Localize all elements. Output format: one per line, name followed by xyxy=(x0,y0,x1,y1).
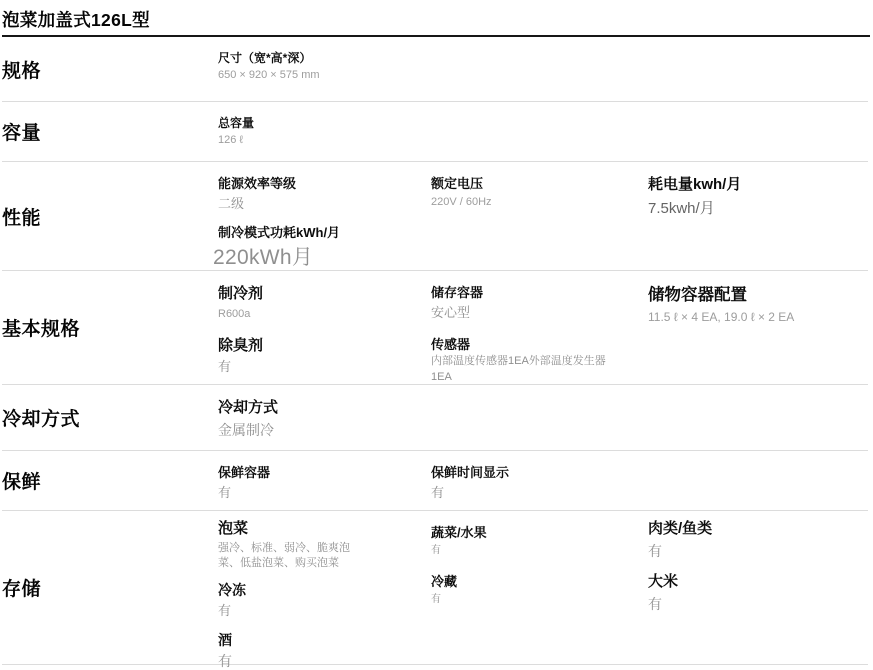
field-value: 二级 xyxy=(218,194,340,214)
field-label: 肉类/鱼类 xyxy=(648,518,712,541)
spec-field: 泡菜 强冷、标准、弱冷、脆爽泡菜、低盐泡菜、购买泡菜 xyxy=(218,518,350,571)
field-label: 耗电量kwh/月 xyxy=(648,174,741,197)
spec-page: 泡菜加盖式126L型 规格 尺寸（宽*高*深） 650 × 920 × 575 … xyxy=(0,0,873,670)
field-value: 11.5 ℓ × 4 EA, 19.0 ℓ × 2 EA xyxy=(648,308,794,327)
field-label: 能源效率等级 xyxy=(218,174,340,194)
spec-row-freshness: 保鲜 保鲜容器 有 保鲜时间显示 有 xyxy=(2,451,868,511)
category-label: 存储 xyxy=(2,511,218,664)
spec-field: 尺寸（宽*高*深） 650 × 920 × 575 mm xyxy=(218,49,320,84)
page-title: 泡菜加盖式126L型 xyxy=(2,7,870,32)
field-label: 冷却方式 xyxy=(218,397,278,420)
category-label: 容量 xyxy=(2,102,218,161)
spec-field: 冷藏 有 xyxy=(431,572,487,607)
field-label: 大米 xyxy=(648,571,712,594)
field-value: 内部温度传感器1EA外部温度发生器1EA xyxy=(431,354,623,385)
spec-field: 肉类/鱼类 有 xyxy=(648,518,712,562)
spec-field: 总容量 126 ℓ xyxy=(218,114,254,149)
field-value: 有 xyxy=(431,592,487,608)
field-label: 储物容器配置 xyxy=(648,283,794,308)
field-value: 有 xyxy=(431,543,487,559)
field-value: 有 xyxy=(648,594,712,616)
field-label: 储存容器 xyxy=(431,283,623,303)
field-value: 650 × 920 × 575 mm xyxy=(218,67,320,84)
field-label: 冷藏 xyxy=(431,572,487,592)
spec-field: 制冷模式功耗kWh/月 220kWh月 xyxy=(218,223,340,275)
spec-row-basic-specs: 基本规格 制冷剂 R600a 除臭剂 有 储存容器 安心型 传感器 xyxy=(2,271,868,385)
title-bar: 泡菜加盖式126L型 xyxy=(2,0,870,37)
field-label: 冷冻 xyxy=(218,580,350,601)
field-value: 金属制冷 xyxy=(218,420,278,442)
field-label: 总容量 xyxy=(218,114,254,132)
field-value: 安心型 xyxy=(431,303,623,323)
spec-field: 储存容器 安心型 xyxy=(431,283,623,323)
spec-row-specifications: 规格 尺寸（宽*高*深） 650 × 920 × 575 mm xyxy=(2,37,868,102)
spec-field: 额定电压 220V / 60Hz xyxy=(431,174,492,211)
field-label: 额定电压 xyxy=(431,174,492,194)
field-value: 220V / 60Hz xyxy=(431,194,492,211)
field-value: 强冷、标准、弱冷、脆爽泡菜、低盐泡菜、购买泡菜 xyxy=(218,541,350,572)
field-value: 有 xyxy=(431,483,509,503)
field-label: 尺寸（宽*高*深） xyxy=(218,49,320,67)
field-value: 有 xyxy=(218,601,350,621)
category-label: 性能 xyxy=(2,162,218,270)
spec-field: 保鲜时间显示 有 xyxy=(431,463,509,503)
field-label: 除臭剂 xyxy=(218,335,263,358)
field-label: 酒 xyxy=(218,630,350,651)
field-label: 制冷剂 xyxy=(218,283,263,306)
field-label: 传感器 xyxy=(431,335,623,355)
spec-field: 除臭剂 有 xyxy=(218,335,263,378)
field-label: 蔬菜/水果 xyxy=(431,523,487,543)
spec-field: 储物容器配置 11.5 ℓ × 4 EA, 19.0 ℓ × 2 EA xyxy=(648,283,794,326)
field-label: 保鲜容器 xyxy=(218,463,270,483)
field-value: 有 xyxy=(218,483,270,503)
field-value: 有 xyxy=(648,541,712,563)
spec-row-storage: 存储 泡菜 强冷、标准、弱冷、脆爽泡菜、低盐泡菜、购买泡菜 冷冻 有 酒 有 蔬… xyxy=(2,511,868,665)
category-label: 保鲜 xyxy=(2,451,218,510)
spec-field: 蔬菜/水果 有 xyxy=(431,523,487,558)
field-value: 126 ℓ xyxy=(218,132,254,149)
field-label: 保鲜时间显示 xyxy=(431,463,509,483)
spec-row-performance: 性能 能源效率等级 二级 制冷模式功耗kWh/月 220kWh月 额定电压 22… xyxy=(2,162,868,271)
spec-row-cooling-method: 冷却方式 冷却方式 金属制冷 xyxy=(2,385,868,451)
category-label: 基本规格 xyxy=(2,271,218,384)
field-value: 有 xyxy=(218,357,263,377)
field-value: 有 xyxy=(218,651,350,670)
spec-field: 制冷剂 R600a xyxy=(218,283,263,323)
field-label: 制冷模式功耗kWh/月 xyxy=(218,223,340,243)
category-label: 规格 xyxy=(2,37,218,101)
field-value: 7.5kwh/月 xyxy=(648,197,741,220)
field-value: R600a xyxy=(218,306,263,323)
spec-field: 大米 有 xyxy=(648,571,712,615)
spec-row-capacity: 容量 总容量 126 ℓ xyxy=(2,102,868,162)
field-label: 泡菜 xyxy=(218,518,350,541)
spec-field: 耗电量kwh/月 7.5kwh/月 xyxy=(648,174,741,220)
spec-field: 保鲜容器 有 xyxy=(218,463,270,503)
field-value: 220kWh月 xyxy=(213,242,340,275)
spec-field: 酒 有 xyxy=(218,630,350,670)
spec-field: 冷却方式 金属制冷 xyxy=(218,397,278,441)
category-label: 冷却方式 xyxy=(2,385,218,450)
spec-field: 能源效率等级 二级 xyxy=(218,174,340,214)
spec-field: 冷冻 有 xyxy=(218,580,350,621)
spec-field: 传感器 内部温度传感器1EA外部温度发生器1EA xyxy=(431,335,623,385)
